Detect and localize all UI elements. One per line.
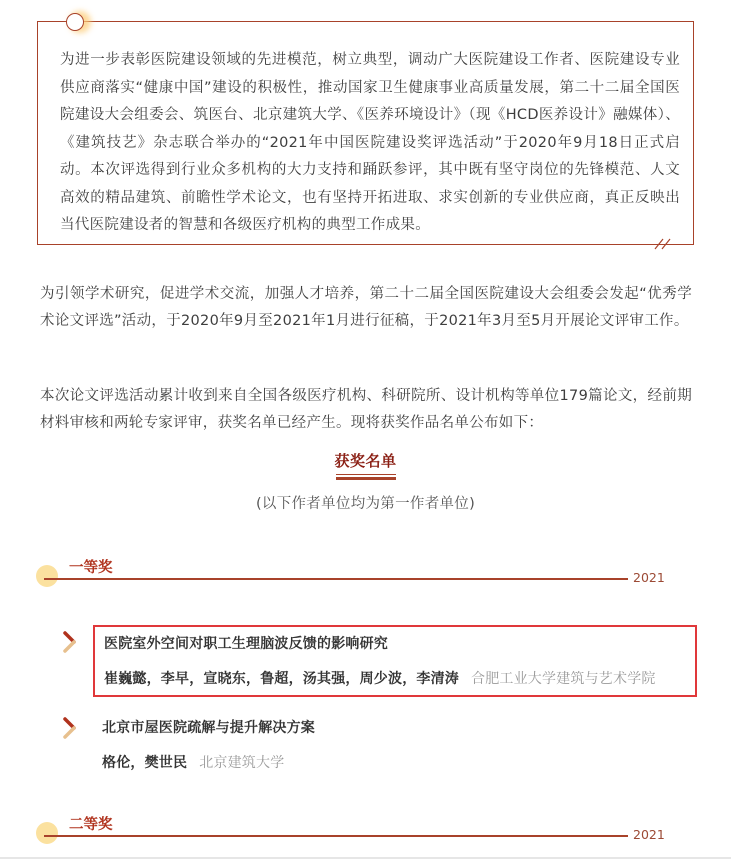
section-year: 2021 [633, 570, 665, 585]
chevron-right-icon [62, 717, 78, 739]
title-underline-thick [336, 477, 396, 480]
entry-organization: 北京建筑大学 [199, 755, 284, 771]
section-divider [44, 578, 628, 580]
section-header-second-prize: 二等奖 2021 [36, 813, 696, 853]
double-slash-icon [653, 235, 677, 251]
intro-box: 为进一步表彰医院建设领域的先进模范，树立典型，调动广大医院建设工作者、医院建设专… [37, 21, 694, 245]
awards-heading: 获奖名单 [0, 450, 731, 477]
section-label: 二等奖 [69, 813, 113, 834]
entry-title: 医院室外空间对职工生理脑波反馈的影响研究 [104, 633, 388, 653]
awards-subtitle: (以下作者单位均为第一作者单位) [0, 492, 731, 513]
title-underline-thin [336, 474, 396, 475]
paragraph-call-for-papers: 为引领学术研究，促进学术交流，加强人才培养，第二十二届全国医院建设大会组委会发起… [40, 281, 692, 335]
award-entry[interactable]: 医院室外空间对职工生理脑波反馈的影响研究 崔巍懿，李早，宣晓东，鲁超，汤其强，周… [60, 625, 700, 697]
section-year: 2021 [633, 827, 665, 842]
entry-organization: 合肥工业大学建筑与艺术学院 [471, 671, 656, 687]
section-label: 一等奖 [69, 556, 113, 577]
section-divider [44, 835, 628, 837]
chevron-right-icon [62, 631, 78, 653]
awards-title: 获奖名单 [334, 450, 396, 477]
entry-box: 北京市屋医院疏解与提升解决方案 格伦，樊世民北京建筑大学 [93, 711, 697, 783]
entry-authors: 崔巍懿，李早，宣晓东，鲁超，汤其强，周少波，李清涛 [104, 671, 459, 687]
entry-authors: 格伦，樊世民 [102, 755, 187, 771]
bottom-divider [0, 857, 731, 859]
paragraph-results: 本次论文评选活动累计收到来自全国各级医疗机构、科研院所、设计机构等单位179篇论… [40, 383, 692, 437]
circle-ornament-icon [66, 13, 84, 31]
entry-highlight-box: 医院室外空间对职工生理脑波反馈的影响研究 崔巍懿，李早，宣晓东，鲁超，汤其强，周… [93, 625, 697, 697]
entry-authors-line: 格伦，樊世民北京建筑大学 [102, 752, 284, 772]
entry-authors-line: 崔巍懿，李早，宣晓东，鲁超，汤其强，周少波，李清涛合肥工业大学建筑与艺术学院 [104, 668, 656, 688]
section-header-first-prize: 一等奖 2021 [36, 556, 696, 596]
entry-title: 北京市屋医院疏解与提升解决方案 [102, 717, 315, 737]
award-entry[interactable]: 北京市屋医院疏解与提升解决方案 格伦，樊世民北京建筑大学 [60, 711, 700, 783]
dot-ornament-icon [36, 565, 58, 587]
dot-ornament-icon [36, 822, 58, 844]
intro-text: 为进一步表彰医院建设领域的先进模范，树立典型，调动广大医院建设工作者、医院建设专… [60, 47, 680, 240]
